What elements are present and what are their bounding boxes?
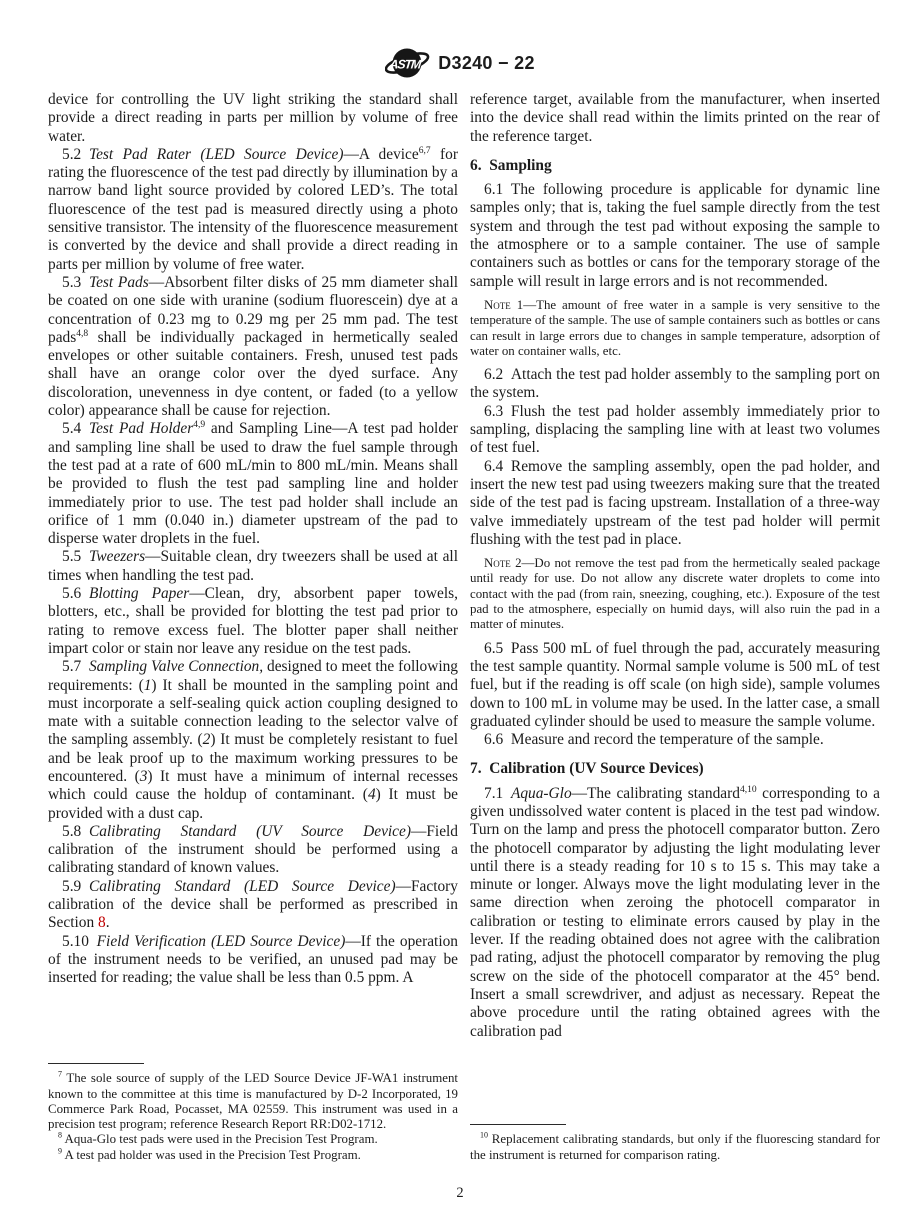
right-footnotes: 10 Replacement calibrating standards, bu… (470, 1124, 880, 1163)
para-6-2: 6.2 Attach the test pad holder assembly … (470, 366, 880, 403)
right-footnotes-text: 10 Replacement calibrating standards, bu… (470, 1132, 880, 1163)
para-6-3: 6.3 Flush the test pad holder assembly i… (470, 403, 880, 458)
text-segment: Note (484, 556, 511, 570)
text-segment: 6.3 Flush the test pad holder assembly i… (470, 403, 880, 457)
para-5-7: 5.7 Sampling Valve Connection, designed … (48, 658, 458, 823)
text-segment: and Sampling Line—A test pad holder and … (48, 420, 458, 547)
footnote-separator (48, 1063, 144, 1064)
text-segment: Calibrating Standard (UV Source Device) (89, 823, 411, 840)
superscript-ref: 6,7 (419, 145, 431, 156)
text-segment: 5.4 (62, 420, 89, 437)
left-column-text: device for controlling the UV light stri… (48, 91, 458, 988)
para-6-4: 6.4 Remove the sampling assembly, open t… (470, 458, 880, 549)
text-segment: 6.1 The following procedure is applicabl… (470, 181, 880, 289)
para-5-6: 5.6 Blotting Paper—Clean, dry, absorbent… (48, 585, 458, 658)
text-segment: Field Verification (LED Source Device) (97, 933, 346, 950)
document-page: ASTM D3240 − 22 device for controlling t… (0, 0, 920, 1232)
text-segment: 1—The amount of free water in a sample i… (470, 298, 880, 358)
text-segment: corresponding to a given undissolved wat… (470, 785, 880, 1040)
left-footnotes-text: 7 The sole source of supply of the LED S… (48, 1071, 458, 1163)
text-segment: 5.7 (62, 658, 89, 675)
text-segment: 5.3 (62, 274, 89, 291)
text-segment: reference target, available from the man… (470, 91, 880, 145)
text-segment: Sampling Valve Connection, (89, 658, 263, 675)
two-column-body: device for controlling the UV light stri… (48, 91, 880, 1163)
text-segment: Test Pad Holder (89, 420, 193, 437)
text-segment: 2—Do not remove the test pad from the he… (470, 556, 880, 631)
footnote-9: 9 A test pad holder was used in the Prec… (48, 1148, 458, 1163)
footnote-8: 8 Aqua-Glo test pads were used in the Pr… (48, 1132, 458, 1147)
superscript-ref: 4,9 (193, 419, 205, 430)
text-segment: 5.5 (62, 548, 89, 565)
right-column: reference target, available from the man… (470, 91, 880, 1163)
heading-7-calibration: 7. Calibration (UV Source Devices) (470, 760, 880, 778)
para-6-5: 6.5 Pass 500 mL of fuel through the pad,… (470, 640, 880, 731)
text-segment: . (106, 914, 110, 931)
superscript-ref: 4,10 (740, 784, 757, 795)
para-5-10: 5.10 Field Verification (LED Source Devi… (48, 933, 458, 988)
text-segment: 7.1 (484, 785, 511, 802)
note-2: Note 2—Do not remove the test pad from t… (470, 556, 880, 632)
footnote-separator (470, 1124, 566, 1125)
right-column-text: reference target, available from the man… (470, 91, 880, 1041)
para-6-6: 6.6 Measure and record the temperature o… (470, 731, 880, 749)
superscript-ref: 10 (480, 1131, 488, 1140)
heading-6-sampling: 6. Sampling (470, 157, 880, 175)
text-segment: shall be individually packaged in hermet… (48, 329, 458, 419)
astm-logo-icon: ASTM (385, 44, 431, 82)
text-segment: 5.9 (62, 878, 89, 895)
superscript-ref: 4,8 (76, 328, 88, 339)
footnote-10: 10 Replacement calibrating standards, bu… (470, 1132, 880, 1163)
text-segment: 6.2 Attach the test pad holder assembly … (470, 366, 880, 401)
para-5-1-continuation: device for controlling the UV light stri… (48, 91, 458, 146)
text-segment: Test Pads (89, 274, 149, 291)
text-segment: 5.6 (62, 585, 89, 602)
page-number: 2 (0, 1185, 920, 1202)
text-segment: 7. Calibration (UV Source Devices) (470, 760, 704, 777)
standard-designation: D3240 − 22 (438, 53, 535, 74)
text-segment: Tweezers (89, 548, 145, 565)
para-7-1: 7.1 Aqua-Glo—The calibrating standard4,1… (470, 785, 880, 1041)
text-segment: device for controlling the UV light stri… (48, 91, 458, 145)
para-6-1: 6.1 The following procedure is applicabl… (470, 181, 880, 291)
text-segment: 4 (368, 786, 376, 803)
text-segment: Aqua-Glo test pads were used in the Prec… (62, 1132, 378, 1146)
footnote-7: 7 The sole source of supply of the LED S… (48, 1071, 458, 1132)
left-column: device for controlling the UV light stri… (48, 91, 458, 1163)
text-segment: 6.6 Measure and record the temperature o… (484, 731, 824, 748)
text-segment: for rating the fluorescence of the test … (48, 146, 458, 273)
text-segment: 6. Sampling (470, 157, 552, 174)
text-segment: 5.10 (62, 933, 97, 950)
svg-text:ASTM: ASTM (388, 58, 423, 72)
page-header: ASTM D3240 − 22 (0, 44, 920, 82)
text-segment: 5.2 (62, 146, 89, 163)
text-segment: Aqua-Glo (511, 785, 572, 802)
text-segment: —A device (343, 146, 418, 163)
para-5-2: 5.2 Test Pad Rater (LED Source Device)—A… (48, 146, 458, 274)
text-segment: Replacement calibrating standards, but o… (470, 1132, 880, 1161)
text-segment: —The calibrating standard (572, 785, 740, 802)
text-segment: 6.5 Pass 500 mL of fuel through the pad,… (470, 640, 880, 730)
text-segment: Blotting Paper (89, 585, 189, 602)
para-5-10-continuation: reference target, available from the man… (470, 91, 880, 146)
left-footnotes: 7 The sole source of supply of the LED S… (48, 1063, 458, 1163)
para-5-4: 5.4 Test Pad Holder4,9 and Sampling Line… (48, 420, 458, 548)
para-5-9: 5.9 Calibrating Standard (LED Source Dev… (48, 878, 458, 933)
text-segment: Test Pad Rater (LED Source Device) (89, 146, 344, 163)
text-segment: Note (484, 298, 511, 312)
text-segment: The sole source of supply of the LED Sou… (48, 1071, 458, 1131)
text-segment: 5.8 (62, 823, 89, 840)
text-segment: 6.4 Remove the sampling assembly, open t… (470, 458, 880, 548)
text-segment: A test pad holder was used in the Precis… (62, 1148, 361, 1162)
para-5-8: 5.8 Calibrating Standard (UV Source Devi… (48, 823, 458, 878)
link-section-8[interactable]: 8 (98, 914, 106, 931)
para-5-5: 5.5 Tweezers—Suitable clean, dry tweezer… (48, 548, 458, 585)
para-5-3: 5.3 Test Pads—Absorbent filter disks of … (48, 274, 458, 420)
text-segment: Calibrating Standard (LED Source Device) (89, 878, 396, 895)
note-1: Note 1—The amount of free water in a sam… (470, 298, 880, 359)
